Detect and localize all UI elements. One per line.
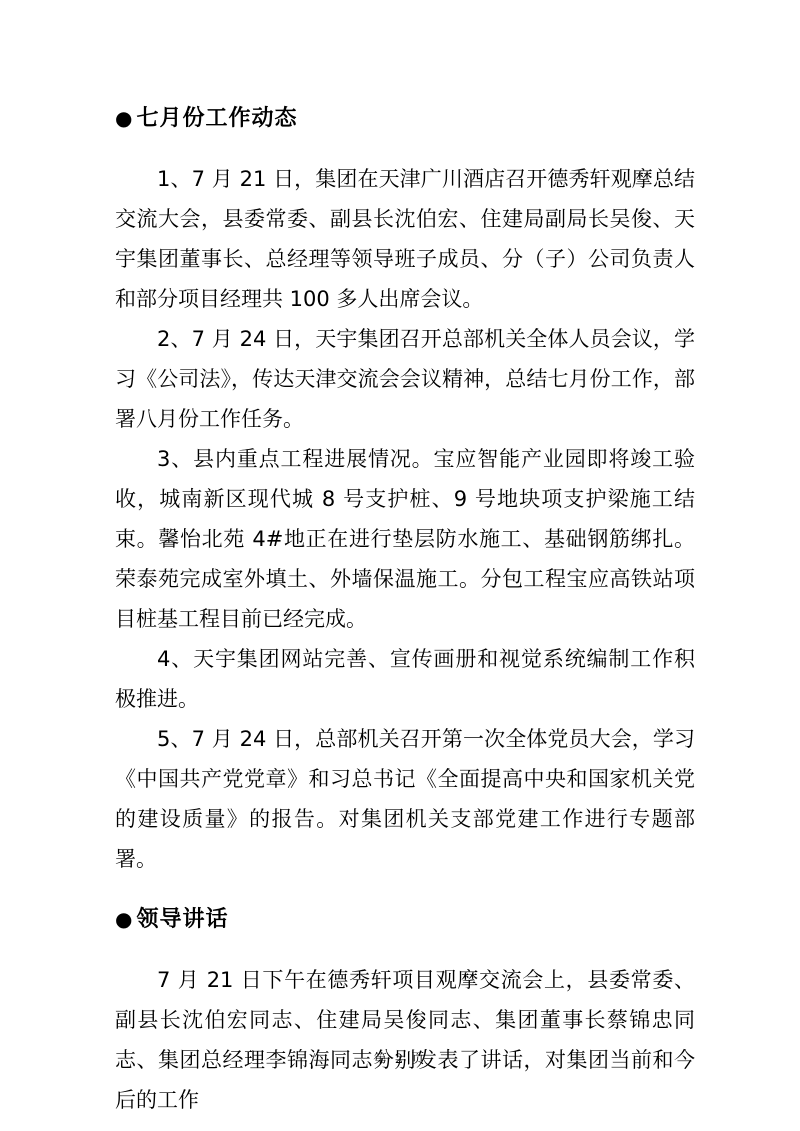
- paragraph-item-1: 1、7 月 21 日，集团在天津广川酒店召开德秀轩观摩总结交流大会，县委常委、副…: [115, 159, 695, 319]
- paragraph-leader-speech: 7 月 21 日下午在德秀轩项目观摩交流会上，县委常委、副县长沈伯宏同志、住建局…: [115, 960, 695, 1120]
- paragraph-item-3: 3、县内重点工程进展情况。宝应智能产业园即将竣工验收，城南新区现代城 8 号支护…: [115, 439, 695, 639]
- document-page: ●七月份工作动态 1、7 月 21 日，集团在天津广川酒店召开德秀轩观摩总结交流…: [0, 0, 800, 1131]
- paragraph-item-4: 4、天宇集团网站完善、宣传画册和视觉系统编制工作积极推进。: [115, 639, 695, 719]
- section-heading-july-work-updates: ●七月份工作动态: [115, 103, 695, 134]
- paragraph-item-5: 5、7 月 24 日，总部机关召开第一次全体党员大会，学习《中国共产党党章》和习…: [115, 719, 695, 879]
- bullet-icon: ●: [115, 103, 133, 133]
- section-heading-text: 领导讲话: [136, 907, 228, 932]
- section-heading-text: 七月份工作动态: [136, 106, 297, 131]
- paragraph-item-2: 2、7 月 24 日，天宇集团召开总部机关全体人员会议，学习《公司法》，传达天津…: [115, 319, 695, 439]
- section-heading-leader-speeches: ●领导讲话: [115, 904, 695, 935]
- page-number-footer: 第 2 页: [0, 1048, 800, 1067]
- document-body: ●七月份工作动态 1、7 月 21 日，集团在天津广川酒店召开德秀轩观摩总结交流…: [115, 103, 695, 1120]
- bullet-icon: ●: [115, 904, 133, 934]
